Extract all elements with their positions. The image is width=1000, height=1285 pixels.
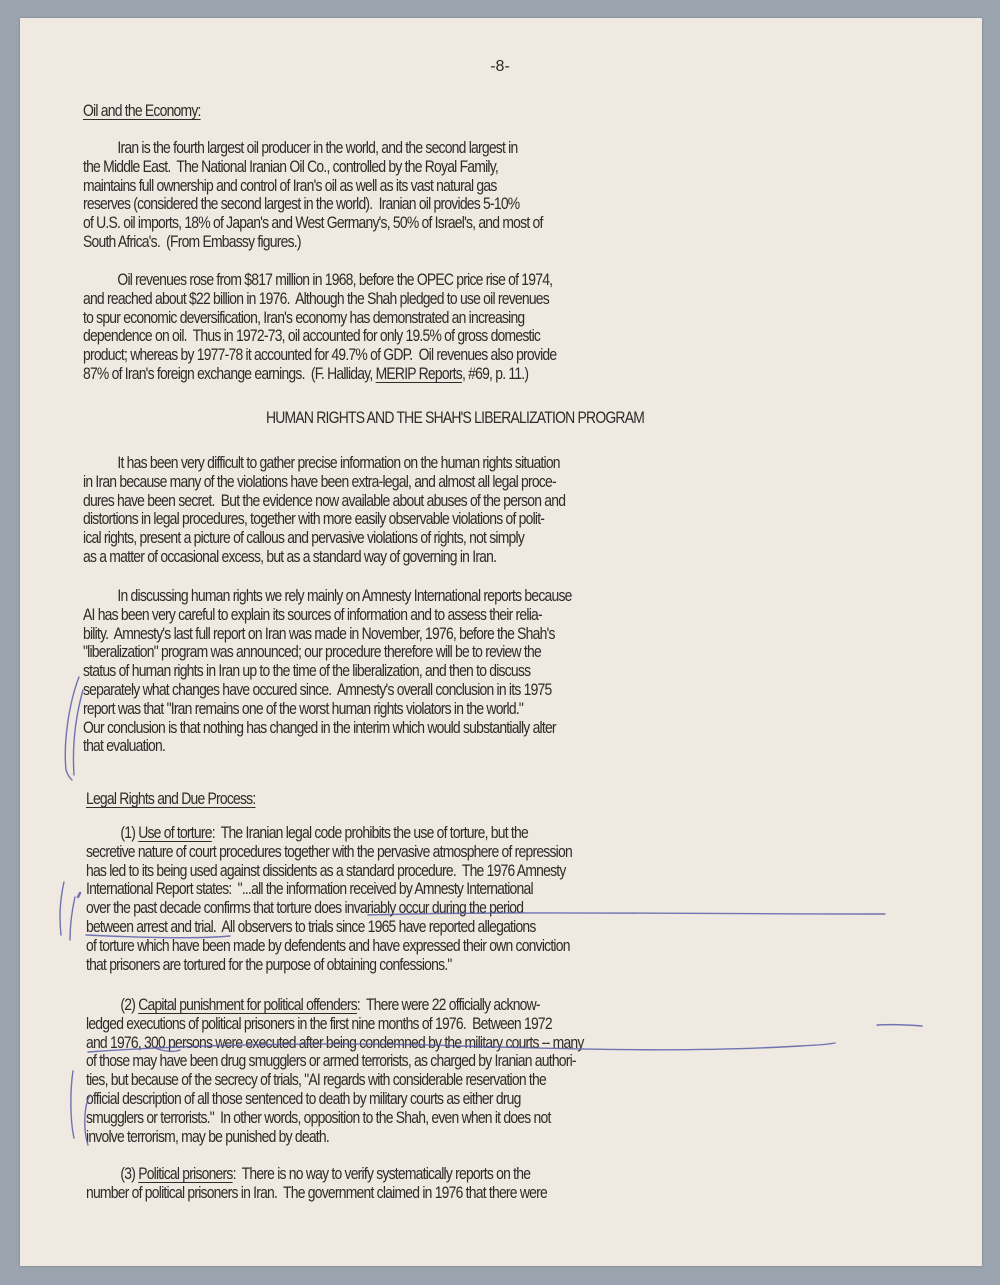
text-line: to spur economic deversification, Iran's… [83,309,823,328]
text-line: of those may have been drug smugglers or… [86,1052,826,1071]
text-line: the Middle East. The National Iranian Oi… [83,158,823,177]
paragraph-hr-2: In discussing human rights we rely mainl… [83,587,823,756]
text-line: ties, but because of the secrecy of tria… [86,1071,826,1090]
text-line: AI has been very careful to explain its … [83,606,823,625]
item-number: (3) [120,1165,138,1183]
text-line: and reached about $22 billion in 1976. A… [83,290,823,309]
section-heading-oil: Oil and the Economy: [83,102,823,121]
text-line: Oil revenues rose from $817 million in 1… [83,271,823,290]
text-line: between arrest and trial. All observers … [86,918,826,937]
text-line: and 1976, 300 persons were executed afte… [86,1034,826,1053]
text-line: (2) Capital punishment for political off… [86,996,826,1015]
list-item-political-prisoners: (3) Political prisoners: There is no way… [86,1165,826,1203]
text-line: as a matter of occasional excess, but as… [83,548,823,567]
section-heading-human-rights: HUMAN RIGHTS AND THE SHAH'S LIBERALIZATI… [266,409,1000,428]
text-line: It has been very difficult to gather pre… [83,454,823,473]
text-line: (3) Political prisoners: There is no way… [86,1165,826,1184]
text-line: maintains full ownership and control of … [83,177,823,196]
text-line: of U.S. oil imports, 18% of Japan's and … [83,214,823,233]
text-line: distortions in legal procedures, togethe… [83,510,823,529]
text-line: dures have been secret. But the evidence… [83,492,823,511]
text-line: has led to its being used against dissid… [86,862,826,881]
text-line: in Iran because many of the violations h… [83,473,823,492]
paragraph-oil-2: Oil revenues rose from $817 million in 1… [83,271,823,384]
text-line: dependence on oil. Thus in 1972-73, oil … [83,327,823,346]
text-line: report was that "Iran remains one of the… [83,700,823,719]
section-heading-legal: Legal Rights and Due Process: [86,790,826,809]
text-line: number of political prisoners in Iran. T… [86,1184,826,1203]
text-line: reserves (considered the second largest … [83,195,823,214]
item-number: (1) [120,824,138,842]
text-line: South Africa's. (From Embassy figures.) [83,233,823,252]
text-line: secretive nature of court procedures tog… [86,843,826,862]
item-title-political-prisoners: Political prisoners [138,1165,232,1183]
heading-legal-rights: Legal Rights and Due Process: [86,790,255,809]
paragraph-hr-1: It has been very difficult to gather pre… [83,454,823,567]
text-line: separately what changes have occured sin… [83,681,823,700]
text-line: ledged executions of political prisoners… [86,1015,826,1034]
text-fragment: : The Iranian legal code prohibits the u… [212,824,528,842]
citation-merip-reports: MERIP Reports [376,365,462,383]
text-fragment: , #69, p. 11.) [462,365,528,383]
heading-human-rights: HUMAN RIGHTS AND THE SHAH'S LIBERALIZATI… [266,409,1000,428]
item-number: (2) [120,996,138,1014]
text-fragment: 87% of Iran's foreign exchange earnings.… [83,365,376,383]
text-line: In discussing human rights we rely mainl… [83,587,823,606]
heading-oil-economy: Oil and the Economy: [83,102,201,121]
text-line: bility. Amnesty's last full report on Ir… [83,625,823,644]
list-item-capital-punishment: (2) Capital punishment for political off… [86,996,826,1146]
list-item-torture: (1) Use of torture: The Iranian legal co… [86,824,826,974]
item-title-torture: Use of torture [138,824,212,842]
text-line: status of human rights in Iran up to the… [83,662,823,681]
text-line: product; whereas by 1977-78 it accounted… [83,346,823,365]
text-fragment: : There is no way to verify systematical… [233,1165,531,1183]
text-fragment: : There were 22 officially acknow- [357,996,540,1014]
text-line: "liberalization" program was announced; … [83,643,823,662]
item-title-capital-punishment: Capital punishment for political offende… [138,996,357,1014]
text-line: official description of all those senten… [86,1090,826,1109]
text-line: of torture which have been made by defen… [86,937,826,956]
text-line: International Report states: "...all the… [86,880,826,899]
text-line: ical rights, present a picture of callou… [83,529,823,548]
text-line: Iran is the fourth largest oil producer … [83,139,823,158]
text-line: smugglers or terrorists." In other words… [86,1109,826,1128]
text-line: involve terrorism, may be punished by de… [86,1128,826,1147]
text-line: that evaluation. [83,737,823,756]
paragraph-oil-1: Iran is the fourth largest oil producer … [83,139,823,252]
page-number: -8- [0,58,1000,76]
text-line: that prisoners are tortured for the purp… [86,956,826,975]
text-line: over the past decade confirms that tortu… [86,899,826,918]
text-line: 87% of Iran's foreign exchange earnings.… [83,365,823,384]
text-line: Our conclusion is that nothing has chang… [83,719,823,738]
text-line: (1) Use of torture: The Iranian legal co… [86,824,826,843]
